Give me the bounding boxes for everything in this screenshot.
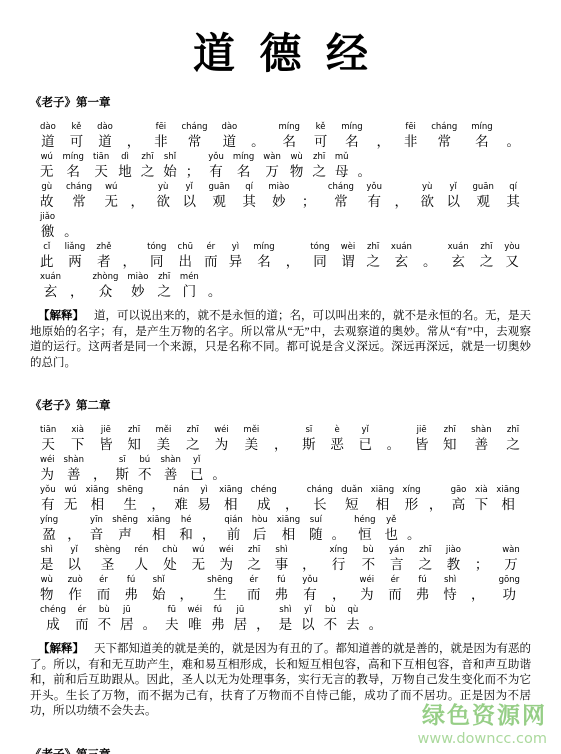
hanzi-char: 相 <box>282 526 296 544</box>
hanzi-char: 玄 <box>395 253 409 271</box>
hanzi-char: 道 <box>98 133 112 151</box>
hanzi-char: ， <box>93 466 107 484</box>
chapter-1: 《老子》第一章 dào道kě可dào道 ，fēi非cháng常dào道 。mín… <box>30 96 531 371</box>
hanzi-char: 是 <box>279 616 293 634</box>
punctuation: ， <box>127 122 141 151</box>
hanzi-char: 可 <box>314 133 328 151</box>
hanzi-with-pinyin: zhě者 <box>96 242 111 271</box>
hanzi-with-pinyin: zhī之 <box>480 242 494 271</box>
hanzi-char: 相 <box>152 526 166 544</box>
hanzi-with-pinyin: chéng成 <box>40 605 66 634</box>
hanzi-char: 已 <box>358 436 372 454</box>
pinyin-label: měi <box>243 425 259 436</box>
verse-line: dào道kě可dào道 ，fēi非cháng常dào道 。míng名kě可mín… <box>40 122 520 151</box>
hanzi-char: 教 <box>447 556 461 574</box>
verse-line: xuán玄 ，zhòng众miào妙zhī之mén门 。 <box>40 272 522 301</box>
hanzi-with-pinyin: shì是 <box>40 545 54 574</box>
hanzi-with-pinyin: wàn万 <box>263 152 281 181</box>
hanzi-with-pinyin: mén门 <box>180 272 199 301</box>
hanzi-with-pinyin: hé和 <box>179 515 193 544</box>
pinyin-label: fēi <box>405 122 416 133</box>
hanzi-char: 随 <box>309 526 323 544</box>
hanzi-with-pinyin: zhī之 <box>418 545 432 574</box>
hanzi-char: ， <box>123 253 137 271</box>
hanzi-with-pinyin: ér而 <box>75 605 89 634</box>
hanzi-with-pinyin: shì恃 <box>443 575 457 604</box>
hanzi-char: 名 <box>257 253 271 271</box>
verse-line: chéng成ér而bù不jū居 。fū夫wéi唯fú弗jū居 ，shì是yǐ以b… <box>40 605 522 634</box>
hanzi-with-pinyin: è恶 <box>330 425 344 454</box>
pinyin-label: yíng <box>40 515 58 526</box>
pinyin-label: xià <box>71 425 84 436</box>
hanzi-char: ， <box>256 616 270 634</box>
pinyin-label <box>400 182 403 193</box>
hanzi-char: 为 <box>215 436 229 454</box>
punctuation: 。 <box>358 152 372 181</box>
hanzi-with-pinyin: xià下 <box>475 485 489 514</box>
hanzi-char: 成 <box>257 496 271 514</box>
hanzi-char: 其 <box>242 193 256 211</box>
verse-line: wù物zuò作ér而fú弗shǐ始 ，shēng生ér而fú弗yǒu有 ，wéi… <box>40 575 520 604</box>
hanzi-char: 此 <box>40 253 54 271</box>
hanzi-with-pinyin: fú弗 <box>211 605 225 634</box>
hanzi-char: 。 <box>358 163 372 181</box>
hanzi-with-pinyin: chù处 <box>162 545 177 574</box>
hanzi-char: 难 <box>174 496 188 514</box>
hanzi-with-pinyin: yǐ已 <box>358 425 372 454</box>
pinyin-label: wàn <box>502 545 520 556</box>
pinyin-label <box>132 122 135 133</box>
chapter-3-heading: 《老子》第三章 <box>30 748 531 754</box>
hanzi-char: 是 <box>40 556 54 574</box>
hanzi-with-pinyin: míng名 <box>341 122 362 151</box>
pinyin-label: yǒu <box>302 575 318 586</box>
hanzi-with-pinyin: wù物 <box>40 575 54 604</box>
hanzi-char: 长 <box>313 496 327 514</box>
hanzi-char: ， <box>151 496 165 514</box>
hanzi-char: 万 <box>265 163 279 181</box>
hanzi-with-pinyin: yì易 <box>197 485 211 514</box>
pinyin-label: zhī <box>248 545 260 556</box>
hanzi-with-pinyin: zhī之 <box>141 152 155 181</box>
watermark: 绿色资源网 www.downcc.com <box>417 703 547 748</box>
hanzi-with-pinyin: měi美 <box>155 425 171 454</box>
hanzi-char: 成 <box>46 616 60 634</box>
pinyin-label: xiāng <box>86 485 109 496</box>
pinyin-label: zhī <box>141 152 153 163</box>
hanzi-char: 不 <box>324 616 338 634</box>
hanzi-with-pinyin: dào道 <box>221 122 237 151</box>
pinyin-label <box>434 485 437 496</box>
pinyin-label <box>70 212 73 223</box>
hanzi-char: 。 <box>507 133 521 151</box>
hanzi-char: 短 <box>345 496 359 514</box>
hanzi-char: 者 <box>97 253 111 271</box>
hanzi-char: ， <box>395 193 409 211</box>
pinyin-label: ér <box>391 575 400 586</box>
hanzi-with-pinyin: yǐ以 <box>446 182 460 211</box>
punctuation: 。 <box>369 605 383 634</box>
hanzi-with-pinyin: shì是 <box>279 605 293 634</box>
hanzi-with-pinyin: zhī知 <box>443 425 457 454</box>
hanzi-with-pinyin: shàn善 <box>471 425 491 454</box>
hanzi-char: 皆 <box>415 436 429 454</box>
hanzi-with-pinyin: wàn万 <box>502 545 520 574</box>
explanation-text: 道，可以说出来的，就不是永恒的道；名，可以叫出来的，就不是永恒的名。无，是天地原… <box>30 310 531 369</box>
pinyin-label: gù <box>41 182 52 193</box>
pinyin-label: fú <box>277 575 285 586</box>
pinyin-label: jiē <box>101 425 111 436</box>
pinyin-label: wù <box>41 575 53 586</box>
hanzi-char: 道 <box>223 133 237 151</box>
hanzi-with-pinyin: jiē皆 <box>415 425 429 454</box>
page-title: 道 德 经 <box>30 30 531 80</box>
pinyin-label: ér <box>99 575 108 586</box>
hanzi-char: ， <box>70 283 84 301</box>
pinyin-label: shēng <box>112 515 138 526</box>
punctuation: 。 <box>212 455 226 484</box>
pinyin-label: tóng <box>310 242 329 253</box>
hanzi-with-pinyin: ér而 <box>247 575 261 604</box>
pinyin-label <box>307 182 310 193</box>
hanzi-with-pinyin: shǐ始 <box>152 575 166 604</box>
punctuation: 。 <box>208 272 222 301</box>
hanzi-char: 非 <box>154 133 168 151</box>
pinyin-label: wéi <box>188 605 203 616</box>
pinyin-label: xíng <box>330 545 348 556</box>
pinyin-label: zhī <box>507 425 519 436</box>
pinyin-label: wàn <box>263 152 281 163</box>
pinyin-label: miào <box>268 182 289 193</box>
hanzi-char: 玄 <box>44 283 58 301</box>
explanation-label: 【解释】 <box>38 643 84 655</box>
hanzi-char: 非 <box>404 133 418 151</box>
hanzi-with-pinyin: míng名 <box>253 242 274 271</box>
hanzi-with-pinyin: wèi谓 <box>341 242 356 271</box>
hanzi-char: 为 <box>219 556 233 574</box>
hanzi-char: 万 <box>504 556 518 574</box>
punctuation: 。 <box>387 425 401 454</box>
pinyin-label <box>290 485 293 496</box>
hanzi-char: 之 <box>366 253 380 271</box>
hanzi-char: 弗 <box>416 586 430 604</box>
hanzi-with-pinyin: yǐ以 <box>67 545 81 574</box>
hanzi-with-pinyin: yīn音 <box>90 515 104 544</box>
pinyin-label: tóng <box>147 242 166 253</box>
pinyin-label: chū <box>178 242 193 253</box>
punctuation: 。 <box>407 515 421 544</box>
hanzi-with-pinyin: miào妙 <box>127 272 148 301</box>
hanzi-with-pinyin: měi美 <box>243 425 259 454</box>
pinyin-label: míng <box>279 122 300 133</box>
punctuation: ， <box>70 272 84 301</box>
hanzi-char: 以 <box>67 556 81 574</box>
hanzi-with-pinyin: xià下 <box>71 425 85 454</box>
pinyin-label: wù <box>290 152 302 163</box>
punctuation: ， <box>286 242 300 271</box>
hanzi-char: 而 <box>388 586 402 604</box>
pinyin-label: zhī <box>313 152 325 163</box>
pinyin-label <box>412 515 415 526</box>
hanzi-char: 恶 <box>330 436 344 454</box>
punctuation: ， <box>302 545 316 574</box>
hanzi-char: 观 <box>212 193 226 211</box>
hanzi-char: 形 <box>405 496 419 514</box>
hanzi-with-pinyin: míng名 <box>279 122 300 151</box>
hanzi-char: 相 <box>91 496 105 514</box>
hanzi-char: 高 <box>452 496 466 514</box>
hanzi-with-pinyin: yǒu有 <box>40 485 56 514</box>
pinyin-label: rén <box>134 545 148 556</box>
hanzi-with-pinyin: héng恒 <box>354 515 375 544</box>
hanzi-with-pinyin: zhī之 <box>506 425 520 454</box>
pinyin-label: bù <box>363 545 374 556</box>
hanzi-char: 名 <box>345 133 359 151</box>
hanzi-char: ； <box>186 163 200 181</box>
pinyin-label: yǐ <box>362 425 369 436</box>
hanzi-with-pinyin: hòu后 <box>252 515 268 544</box>
pinyin-label: fú <box>127 575 135 586</box>
hanzi-char: 弗 <box>275 586 289 604</box>
hanzi-with-pinyin: yì异 <box>229 242 243 271</box>
hanzi-char: 而 <box>75 616 89 634</box>
pinyin-label: shǐ <box>153 575 165 586</box>
pinyin-label: wéi <box>40 455 55 466</box>
hanzi-char: 欲 <box>157 193 171 211</box>
hanzi-char: 之 <box>312 163 326 181</box>
hanzi-with-pinyin: cháng长 <box>307 485 333 514</box>
pinyin-label: zhě <box>96 242 111 253</box>
pinyin-label <box>308 545 311 556</box>
pinyin-label: wú <box>41 152 53 163</box>
pinyin-label: wéi <box>360 575 375 586</box>
hanzi-with-pinyin: míng名 <box>233 152 254 181</box>
hanzi-char: 地 <box>118 163 132 181</box>
hanzi-with-pinyin: wù物 <box>290 152 304 181</box>
hanzi-char: 声 <box>118 526 132 544</box>
hanzi-with-pinyin: sī斯 <box>302 425 316 454</box>
hanzi-char: 异 <box>229 253 243 271</box>
pinyin-label <box>291 242 294 253</box>
hanzi-char: 以 <box>446 193 460 211</box>
pinyin-label: fēi <box>156 122 167 133</box>
hanzi-char: 圣 <box>101 556 115 574</box>
pinyin-label <box>207 515 210 526</box>
pinyin-label: xiāng <box>496 485 519 496</box>
hanzi-with-pinyin: jiǎo徼 <box>40 212 55 241</box>
chapter-1-explanation: 【解释】道，可以说出来的，就不是永恒的道；名，可以叫出来的，就不是永恒的名。无，… <box>30 309 531 371</box>
hanzi-char: 皆 <box>99 436 113 454</box>
punctuation: ， <box>395 182 409 211</box>
hanzi-with-pinyin: ér而 <box>204 242 218 271</box>
hanzi-with-pinyin: fú弗 <box>416 575 430 604</box>
verse-line: yǒu有wú无xiāng相shēng生 ，nán难yì易xiāng相chéng成… <box>40 485 520 514</box>
pinyin-label: liǎng <box>65 242 86 253</box>
pinyin-label: chéng <box>251 485 277 496</box>
pinyin-label: shàn <box>160 455 180 466</box>
hanzi-char: 。 <box>369 616 383 634</box>
document-page: 道 德 经 《老子》第一章 dào道kě可dào道 ，fēi非cháng常dào… <box>0 0 561 754</box>
hanzi-char: ， <box>332 586 346 604</box>
hanzi-with-pinyin: xuán玄 <box>391 242 412 271</box>
hanzi-with-pinyin: shēng生 <box>207 575 233 604</box>
punctuation: ， <box>285 485 299 514</box>
hanzi-char: 盈 <box>42 526 56 544</box>
hanzi-char: 常 <box>334 193 348 211</box>
pinyin-label: zuò <box>68 575 83 586</box>
pinyin-label <box>363 152 366 163</box>
hanzi-with-pinyin: gù故 <box>40 182 54 211</box>
hanzi-char: 众 <box>99 283 113 301</box>
hanzi-char: 常 <box>438 133 452 151</box>
hanzi-char: 下 <box>475 496 489 514</box>
hanzi-with-pinyin: wú无 <box>192 545 206 574</box>
pinyin-label: duǎn <box>341 485 362 496</box>
hanzi-char: ， <box>377 133 391 151</box>
hanzi-with-pinyin: yǒu有 <box>302 575 318 604</box>
pinyin-label: tiān <box>40 425 56 436</box>
hanzi-with-pinyin: yòu又 <box>504 242 520 271</box>
hanzi-with-pinyin: fēi非 <box>404 122 418 151</box>
pinyin-label: jiào <box>446 545 461 556</box>
pinyin-label <box>185 575 188 586</box>
punctuation: 。 <box>507 122 521 151</box>
hanzi-char: 道 <box>41 133 55 151</box>
pinyin-label: héng <box>354 515 375 526</box>
hanzi-with-pinyin: zhī知 <box>127 425 141 454</box>
hanzi-char: 不 <box>138 466 152 484</box>
pinyin-label: tiān <box>93 152 109 163</box>
punctuation: ， <box>151 485 165 514</box>
hanzi-char: 唯 <box>188 616 202 634</box>
pinyin-label: ér <box>206 242 215 253</box>
pinyin-label: yě <box>386 515 396 526</box>
pinyin-label: shēng <box>207 575 233 586</box>
hanzi-with-pinyin: shì事 <box>275 545 289 574</box>
hanzi-char: 不 <box>98 616 112 634</box>
pinyin-label: yì <box>200 485 207 496</box>
hanzi-with-pinyin: bù不 <box>362 545 376 574</box>
hanzi-char: 下 <box>71 436 85 454</box>
hanzi-char: 。 <box>387 436 401 454</box>
pinyin-label: míng <box>63 152 84 163</box>
hanzi-with-pinyin: xiāng相 <box>147 515 170 544</box>
hanzi-char: 无 <box>64 496 78 514</box>
hanzi-with-pinyin: miào妙 <box>268 182 289 211</box>
pinyin-label <box>191 152 194 163</box>
chapter-3: 《老子》第三章 <box>30 748 531 754</box>
hanzi-with-pinyin: mǔ母 <box>335 152 349 181</box>
hanzi-char: 以 <box>182 193 196 211</box>
explanation-label: 【解释】 <box>38 310 84 322</box>
hanzi-char: 不 <box>362 556 376 574</box>
hanzi-char: 天 <box>94 163 108 181</box>
hanzi-with-pinyin: yǒu有 <box>366 182 382 211</box>
pinyin-label: xiāng <box>147 515 170 526</box>
pinyin-label: míng <box>253 242 274 253</box>
pinyin-label: yǐ <box>193 455 200 466</box>
hanzi-char: 知 <box>127 436 141 454</box>
hanzi-with-pinyin: kě可 <box>314 122 328 151</box>
pinyin-label <box>374 605 377 616</box>
hanzi-with-pinyin: cháng常 <box>431 122 457 151</box>
hanzi-char: ， <box>471 586 485 604</box>
hanzi-with-pinyin: míng名 <box>471 122 492 151</box>
hanzi-with-pinyin: gōng功 <box>499 575 520 604</box>
hanzi-char: 又 <box>505 253 519 271</box>
hanzi-char: 之 <box>418 556 432 574</box>
punctuation: 。 <box>423 242 437 271</box>
pinyin-label: zhī <box>187 425 199 436</box>
pinyin-label <box>73 515 76 526</box>
punctuation: ， <box>377 122 391 151</box>
pinyin-label: miào <box>127 272 148 283</box>
hanzi-with-pinyin: xiāng相 <box>86 485 109 514</box>
hanzi-char: 之 <box>506 436 520 454</box>
pinyin-label: yǐ <box>70 545 77 556</box>
hanzi-char: 斯 <box>302 436 316 454</box>
hanzi-char: ， <box>202 526 216 544</box>
hanzi-with-pinyin: gāo高 <box>451 485 467 514</box>
hanzi-with-pinyin: xiāng相 <box>371 485 394 514</box>
hanzi-with-pinyin: fēi非 <box>154 122 168 151</box>
pinyin-label: míng <box>341 122 362 133</box>
hanzi-with-pinyin: shàn善 <box>160 455 180 484</box>
pinyin-label: yǒu <box>40 485 56 496</box>
hanzi-char: 去 <box>346 616 360 634</box>
hanzi-with-pinyin: zuò作 <box>68 575 83 604</box>
hanzi-with-pinyin: dào道 <box>97 122 113 151</box>
hanzi-char: 为 <box>360 586 374 604</box>
hanzi-with-pinyin: wéi为 <box>219 545 234 574</box>
pinyin-label: wú <box>64 485 76 496</box>
hanzi-char: 妙 <box>272 193 286 211</box>
hanzi-with-pinyin: yě也 <box>385 515 399 544</box>
hanzi-with-pinyin: yǐ以 <box>182 182 196 211</box>
hanzi-with-pinyin: cháng常 <box>66 182 92 211</box>
hanzi-with-pinyin: rén人 <box>134 545 148 574</box>
pinyin-label: wéi <box>214 425 229 436</box>
pinyin-label: fú <box>214 605 222 616</box>
hanzi-with-pinyin: ér而 <box>388 575 402 604</box>
hanzi-with-pinyin: qián前 <box>224 515 242 544</box>
pinyin-label: zhī <box>367 242 379 253</box>
hanzi-with-pinyin: nán难 <box>173 485 189 514</box>
verse-line: yíng盈 ，yīn音shēng声xiāng相hé和 ，qián前hòu后xiā… <box>40 515 522 544</box>
hanzi-char: 。 <box>64 223 78 241</box>
pinyin-label: jū <box>123 605 131 616</box>
pinyin-label: fū <box>168 605 176 616</box>
hanzi-with-pinyin: xíng行 <box>330 545 348 574</box>
hanzi-with-pinyin: shēng生 <box>117 485 143 514</box>
pinyin-label <box>218 455 221 466</box>
pinyin-label <box>392 425 395 436</box>
pinyin-label: qù <box>347 605 358 616</box>
hanzi-char: 。 <box>251 133 265 151</box>
verse-line: wéi为shàn善 ，sī斯bú不shàn善yǐ已 。 <box>40 455 522 484</box>
punctuation: 。 <box>251 122 265 151</box>
pinyin-label: yù <box>158 182 168 193</box>
hanzi-with-pinyin: yǐ已 <box>190 455 204 484</box>
verse-line: shì是yǐ以shèng圣rén人chù处wú无wéi为zhī之shì事 ，xí… <box>40 545 520 574</box>
hanzi-char: 之 <box>480 253 494 271</box>
hanzi-with-pinyin: shēng声 <box>112 515 138 544</box>
hanzi-char: ； <box>302 193 316 211</box>
pinyin-label: xiāng <box>371 485 394 496</box>
hanzi-char: 而 <box>204 253 218 271</box>
punctuation: ， <box>67 515 81 544</box>
hanzi-char: 生 <box>123 496 137 514</box>
